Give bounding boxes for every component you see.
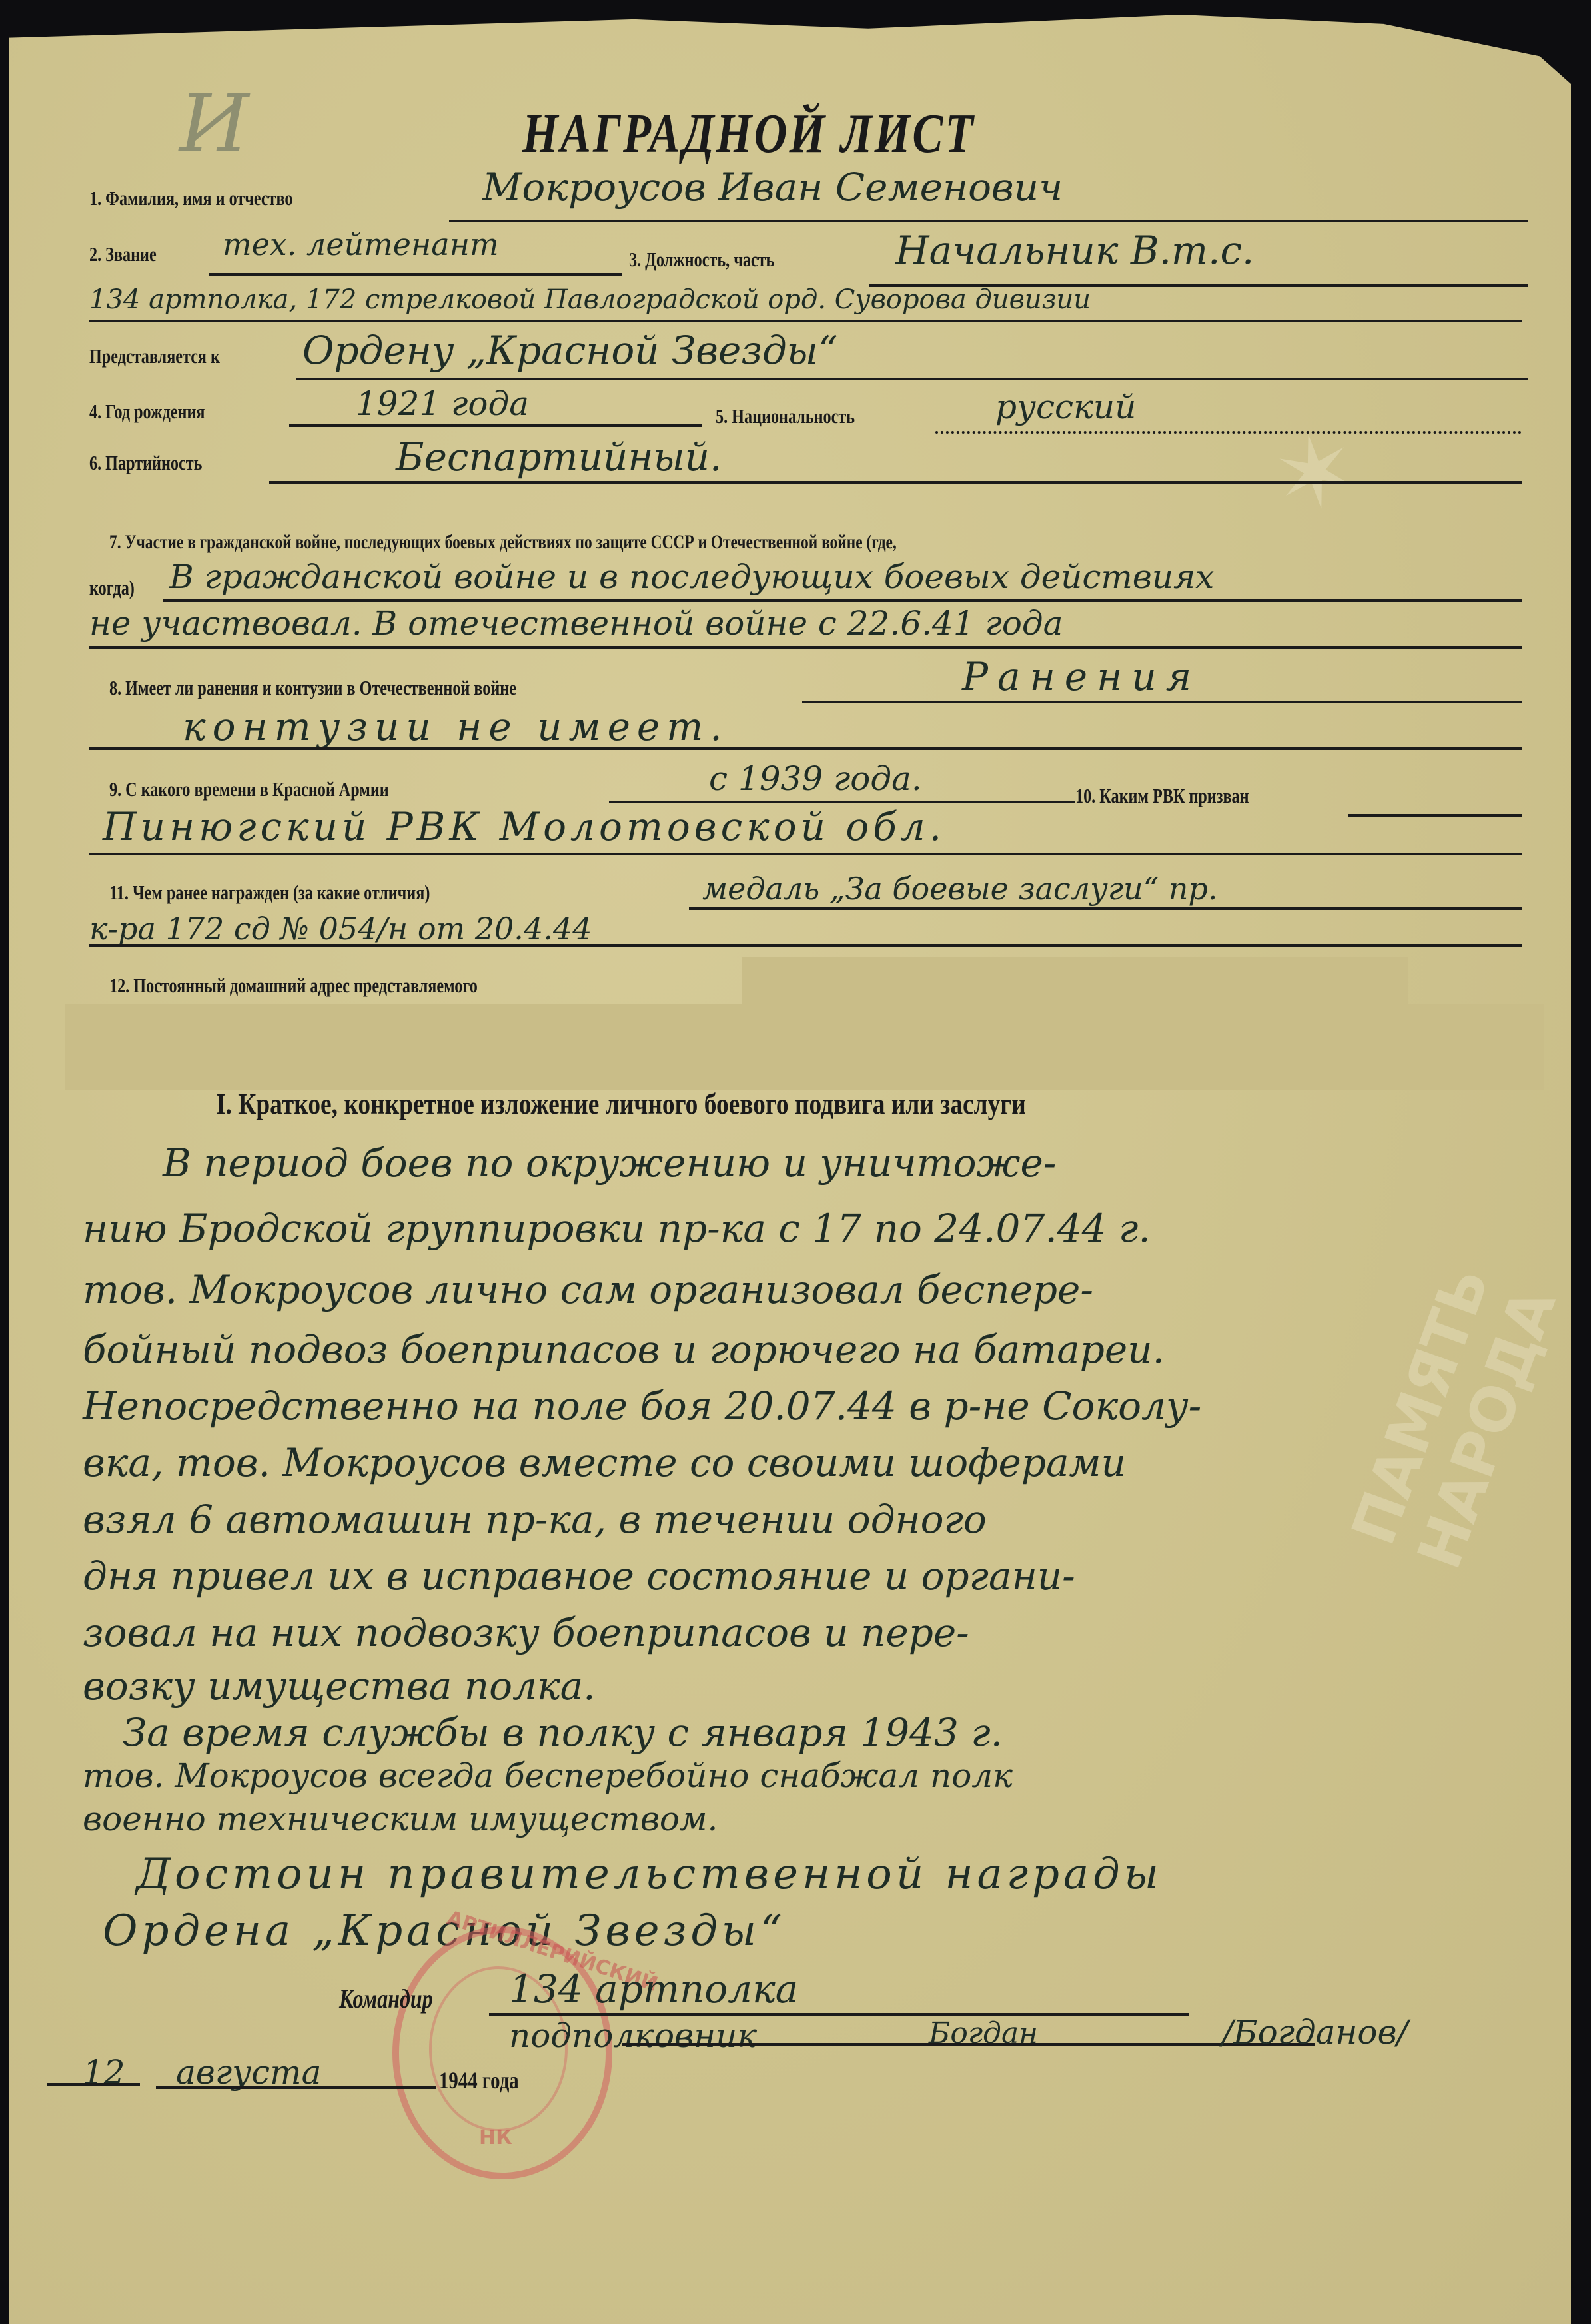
- label-birth-year: 4. Год рождения: [89, 400, 205, 424]
- narrative-line: нию Бродской группировки пр-ка с 17 по 2…: [83, 1206, 1151, 1251]
- narrative-line: За время службы в полку с января 1943 г.: [123, 1710, 1003, 1755]
- value-wounds-2: контузии не имеет.: [183, 704, 729, 749]
- narrative-line: Непосредственно на поле боя 20.07.44 в р…: [83, 1383, 1201, 1429]
- line: [622, 2043, 1315, 2046]
- value-commander-rank: подполковник: [509, 2016, 757, 2055]
- value-party: Беспартийный.: [396, 434, 722, 480]
- redacted-address: [742, 957, 1408, 1007]
- value-participation-1: В гражданской войне и в последующих боев…: [169, 558, 1214, 596]
- narrative-line: В период боев по окружению и уничтоже-: [163, 1140, 1056, 1186]
- line: [89, 747, 1522, 750]
- label-party: 6. Партийность: [89, 451, 202, 475]
- value-previous-awards-1: медаль „За боевые заслуги“ пр.: [702, 871, 1217, 907]
- redacted-address-block: [65, 1004, 1544, 1090]
- line: [89, 646, 1522, 649]
- value-birth-year: 1921 года: [356, 384, 529, 423]
- line: [209, 273, 622, 276]
- value-date-day: 12: [83, 2053, 125, 2092]
- line: [689, 907, 1522, 910]
- value-wounds-1: Ранения: [962, 654, 1201, 699]
- line: [802, 701, 1522, 703]
- stamp-bottom-text: НК: [479, 2126, 512, 2149]
- value-army-since: с 1939 года.: [709, 759, 922, 798]
- line: [935, 431, 1522, 434]
- value-commander-name: /Богданов/: [1222, 2013, 1408, 2052]
- line: [489, 2013, 1189, 2016]
- value-rvk: Пинюгский РВК Молотовской обл.: [103, 804, 945, 849]
- value-award: Ордену „Красной Звезды“: [302, 328, 838, 373]
- value-position: Начальник В.т.с.: [895, 228, 1254, 273]
- value-unit: 134 артполка, 172 стрелковой Павлоградск…: [89, 284, 1091, 315]
- line: [89, 944, 1522, 947]
- line: [269, 481, 1522, 484]
- line: [156, 2086, 436, 2089]
- narrative-line: дня привел их в исправное состояние и ор…: [83, 1553, 1075, 1599]
- narrative-line: возку имущества полка.: [83, 1663, 596, 1709]
- line: [1348, 814, 1522, 817]
- value-commander-unit: 134 артполка: [509, 1966, 798, 2012]
- pencil-mark: И: [179, 78, 249, 171]
- label-full-name: 1. Фамилия, имя и отчество: [89, 187, 293, 210]
- line: [449, 220, 1528, 222]
- label-position: 3. Должность, часть: [629, 248, 774, 272]
- label-previous-awards: 11. Чем ранее награжден (за какие отличи…: [109, 881, 430, 905]
- line: [89, 853, 1522, 855]
- label-wounds: 8. Имеет ли ранения и контузии в Отечест…: [109, 676, 516, 700]
- label-rank: 2. Звание: [89, 242, 157, 266]
- narrative-line: зовал на них подвозку боеприпасов и пере…: [83, 1610, 969, 1655]
- narrative-line: Достоин правительственной награды: [136, 1850, 1163, 1899]
- label-army-since: 9. С какого времени в Красной Армии: [109, 777, 389, 801]
- label-home-address: 12. Постоянный домашний адрес представля…: [109, 974, 478, 998]
- narrative-line: взял 6 автомашин пр-ка, в течении одного: [83, 1497, 987, 1542]
- label-participation-cont: когда): [89, 576, 135, 600]
- label-award: Представляется к: [89, 344, 220, 368]
- label-participation: 7. Участие в гражданской войне, последую…: [109, 531, 897, 554]
- line: [89, 320, 1522, 322]
- line: [609, 801, 1075, 803]
- narrative-line: тов. Мокроусов лично сам организовал бес…: [83, 1267, 1093, 1312]
- value-rank: тех. лейтенант: [223, 226, 499, 262]
- label-commander: Командир: [339, 1983, 433, 2014]
- narrative-line: тов. Мокроусов всегда бесперебойно снабж…: [83, 1756, 1013, 1795]
- section-heading: I. Краткое, конкретное изложение личного…: [216, 1087, 1026, 1121]
- watermark-text: ПАМЯТЬ НАРОДА: [1338, 1256, 1570, 1578]
- narrative-line: вка, тов. Мокроусов вместе со своими шоф…: [83, 1440, 1126, 1485]
- label-date-year: 1944 года: [439, 2066, 519, 2094]
- line: [296, 378, 1528, 380]
- narrative-line: бойный подвоз боеприпасов и горючего на …: [83, 1327, 1165, 1372]
- award-sheet-paper: И ✶ ПАМЯТЬ НАРОДА НАГРАДНОЙ ЛИСТ 1. Фами…: [9, 15, 1571, 2324]
- value-participation-2: не участвовал. В отечественной войне с 2…: [89, 604, 1063, 643]
- line: [47, 2083, 140, 2086]
- line: [289, 424, 702, 427]
- value-previous-awards-2: к-ра 172 сд № 054/н от 20.4.44: [89, 911, 592, 947]
- line: [163, 599, 1522, 602]
- value-full-name: Мокроусов Иван Семенович: [482, 165, 1063, 210]
- value-nationality: русский: [995, 388, 1136, 426]
- document-title: НАГРАДНОЙ ЛИСТ: [522, 101, 975, 166]
- narrative-line: военно техническим имуществом.: [83, 1800, 718, 1838]
- label-nationality: 5. Национальность: [716, 404, 855, 428]
- label-rvk: 10. Каким РВК призван: [1075, 784, 1249, 808]
